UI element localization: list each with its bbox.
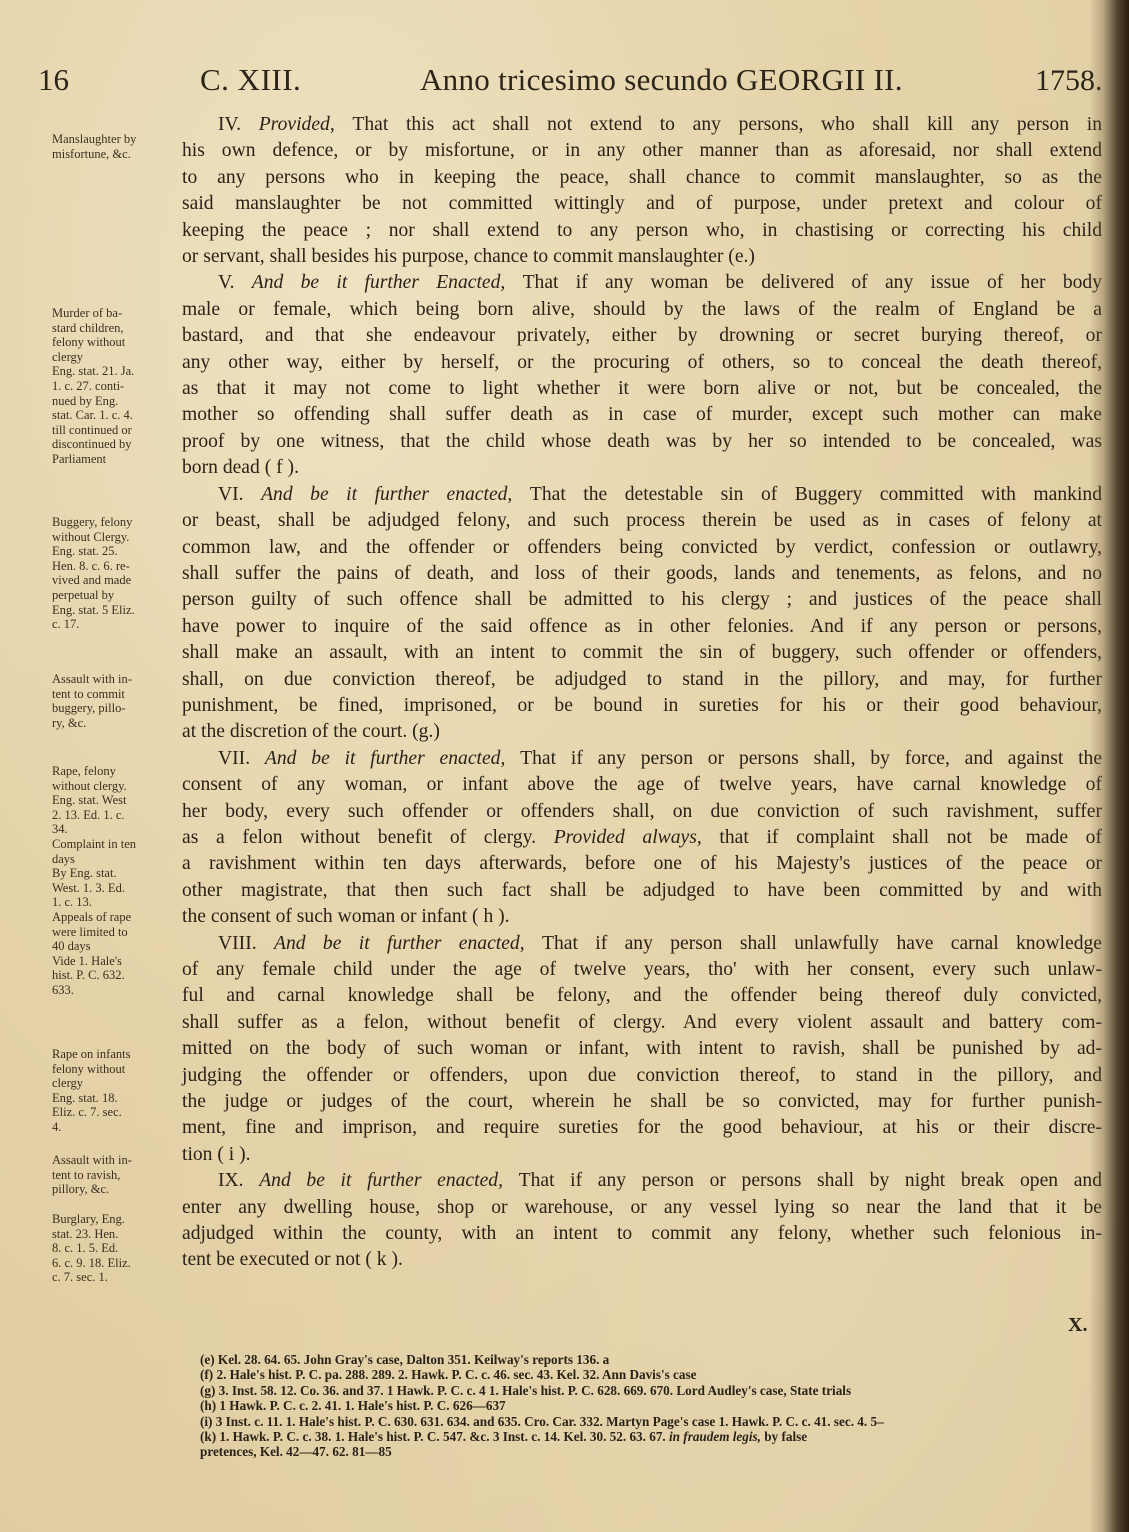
text-line: shall suffer the pains of death, and los… bbox=[182, 561, 1102, 587]
section-lead: Provided, bbox=[259, 114, 353, 135]
text-line: his own defence, or by misfortune, or in… bbox=[182, 138, 1102, 164]
margin-note-line: tent to ravish, bbox=[52, 1168, 174, 1183]
text-line: other magistrate, that then such fact sh… bbox=[182, 878, 1102, 904]
year-label: 1758. bbox=[1035, 64, 1103, 98]
section-lead: And be it further enacted, bbox=[259, 1170, 518, 1191]
margin-note-line: without clergy. bbox=[52, 779, 174, 794]
section-number: V. bbox=[218, 272, 252, 293]
text-line: as that it may not come to light whether… bbox=[182, 376, 1102, 402]
footnote: (g) 3. Inst. 58. 12. Co. 36. and 37. 1 H… bbox=[200, 1383, 1105, 1398]
margin-note-line: buggery, pillo- bbox=[52, 701, 174, 716]
section-number: VI. bbox=[218, 484, 261, 505]
text-line: ful and carnal knowledge shall be felony… bbox=[182, 983, 1102, 1009]
section-ix: IX. And be it further enacted, That if a… bbox=[182, 1168, 1102, 1274]
footnote: (f) 2. Hale's hist. P. C. pa. 288. 289. … bbox=[200, 1367, 1105, 1382]
text-line: her body, every such offender or offende… bbox=[182, 799, 1102, 825]
margin-note-line: 633. bbox=[52, 983, 174, 998]
section-lead: And be it further enacted, bbox=[265, 748, 520, 769]
text-line: shall suffer as a felon, without benefit… bbox=[182, 1010, 1102, 1036]
section-number: IV. bbox=[218, 114, 259, 135]
margin-note-line: By Eng. stat. bbox=[52, 866, 174, 881]
margin-note-line: West. 1. 3. Ed. bbox=[52, 881, 174, 896]
margin-note-line: perpetual by bbox=[52, 588, 174, 603]
margin-note-line: ry, &c. bbox=[52, 716, 174, 731]
margin-note-line: Eng. stat. 25. bbox=[52, 544, 174, 559]
margin-note-line: clergy bbox=[52, 1076, 174, 1091]
text-line: punishment, be fined, imprisoned, or be … bbox=[182, 693, 1102, 719]
footnote: (i) 3 Inst. c. 11. 1. Hale's hist. P. C.… bbox=[200, 1414, 1105, 1429]
text-line: to any persons who in keeping the peace,… bbox=[182, 165, 1102, 191]
footnote: (h) 1 Hawk. P. C. c. 2. 41. 1. Hale's hi… bbox=[200, 1398, 1105, 1413]
catchword: X. bbox=[1068, 1314, 1087, 1337]
text-line: ment, fine and imprison, and require sur… bbox=[182, 1115, 1102, 1141]
margin-note-line: Complaint in ten bbox=[52, 837, 174, 852]
text-line: common law, and the offender or offender… bbox=[182, 535, 1102, 561]
margin-note-assault-buggery: Assault with in-tent to commitbuggery, p… bbox=[52, 672, 174, 730]
margin-note-line: discontinued by bbox=[52, 437, 174, 452]
text-line: mitted on the body of such woman or infa… bbox=[182, 1036, 1102, 1062]
margin-note-line: stard children, bbox=[52, 321, 174, 336]
margin-note-line: Burglary, Eng. bbox=[52, 1212, 174, 1227]
margin-note-line: 4. bbox=[52, 1120, 174, 1135]
text-line: proof by one witness, that the child who… bbox=[182, 429, 1102, 455]
text-line: shall make an assault, with an intent to… bbox=[182, 640, 1102, 666]
section-lead: And be it further enacted, bbox=[261, 484, 530, 505]
margin-note-rape: Rape, felonywithout clergy.Eng. stat. We… bbox=[52, 764, 174, 998]
text-line: a ravishment within ten days afterwards,… bbox=[182, 851, 1102, 877]
margin-note-line: Appeals of rape bbox=[52, 910, 174, 925]
main-text-body: IV. Provided, That this act shall not ex… bbox=[182, 112, 1102, 1274]
footnotes: (e) Kel. 28. 64. 65. John Gray's case, D… bbox=[200, 1352, 1105, 1460]
text-line: consent of any woman, or infant above th… bbox=[182, 772, 1102, 798]
text-line: tion ( i ). bbox=[182, 1142, 1102, 1168]
footnote: (e) Kel. 28. 64. 65. John Gray's case, D… bbox=[200, 1352, 1105, 1367]
footnote: (k) 1. Hawk. P. C. c. 38. 1. Hale's hist… bbox=[200, 1429, 1105, 1444]
margin-note-line: Rape on infants bbox=[52, 1047, 174, 1062]
margin-note-line: 2. 13. Ed. 1. c. bbox=[52, 808, 174, 823]
section-number: VII. bbox=[218, 748, 265, 769]
margin-note-line: without Clergy. bbox=[52, 530, 174, 545]
text-line: the consent of such woman or infant ( h … bbox=[182, 904, 1102, 930]
text-line: or beast, shall be adjudged felony, and … bbox=[182, 508, 1102, 534]
text-line: bastard, and that she endeavour privatel… bbox=[182, 323, 1102, 349]
margin-note-line: Murder of ba- bbox=[52, 306, 174, 321]
section-vi: VI. And be it further enacted, That the … bbox=[182, 482, 1102, 746]
text-line: at the discretion of the court. (g.) bbox=[182, 719, 1102, 745]
margin-note-line: Parliament bbox=[52, 452, 174, 467]
margin-note-line: 1. c. 13. bbox=[52, 895, 174, 910]
text-line: person guilty of such offence shall be a… bbox=[182, 587, 1102, 613]
margin-note-line: Eng. stat. 21. Ja. bbox=[52, 364, 174, 379]
margin-note-line: 40 days bbox=[52, 939, 174, 954]
text-line: the judge or judges of the court, wherei… bbox=[182, 1089, 1102, 1115]
margin-note-line: days bbox=[52, 852, 174, 867]
margin-note-line: 34. bbox=[52, 822, 174, 837]
margin-note-line: felony without bbox=[52, 1062, 174, 1077]
margin-note-line: Rape, felony bbox=[52, 764, 174, 779]
margin-note-line: Hen. 8. c. 6. re- bbox=[52, 559, 174, 574]
margin-note-assault-ravish: Assault with in-tent to ravish,pillory, … bbox=[52, 1153, 174, 1197]
text-line: shall, on due conviction thereof, be adj… bbox=[182, 667, 1102, 693]
margin-note-line: hist. P. C. 632. bbox=[52, 968, 174, 983]
text-line: VI. And be it further enacted, That the … bbox=[182, 482, 1102, 508]
margin-note-line: vived and made bbox=[52, 573, 174, 588]
section-lead: And be it further enacted, bbox=[274, 933, 542, 954]
section-number: VIII. bbox=[218, 933, 274, 954]
margin-note-line: were limited to bbox=[52, 925, 174, 940]
text-line: mother so offending shall suffer death a… bbox=[182, 402, 1102, 428]
margin-note-line: Assault with in- bbox=[52, 672, 174, 687]
margin-note-rape-infants: Rape on infantsfelony withoutclergyEng. … bbox=[52, 1047, 174, 1135]
margin-note-line: stat. 23. Hen. bbox=[52, 1227, 174, 1242]
section-viii: VIII. And be it further enacted, That if… bbox=[182, 931, 1102, 1169]
text-line: keeping the peace ; nor shall extend to … bbox=[182, 218, 1102, 244]
margin-note-line: Vide 1. Hale's bbox=[52, 954, 174, 969]
text-line: any other way, either by herself, or the… bbox=[182, 350, 1102, 376]
margin-note-line: tent to commit bbox=[52, 687, 174, 702]
margin-note-line: 1. c. 27. conti- bbox=[52, 379, 174, 394]
text-line: as a felon without benefit of clergy. Pr… bbox=[182, 825, 1102, 851]
text-line: enter any dwelling house, shop or wareho… bbox=[182, 1195, 1102, 1221]
margin-note-line: felony without bbox=[52, 335, 174, 350]
book-page: 16 C. XIII. Anno tricesimo secundo GEORG… bbox=[0, 0, 1129, 1532]
text-line: of any female child under the age of twe… bbox=[182, 957, 1102, 983]
margin-note-line: Eliz. c. 7. sec. bbox=[52, 1105, 174, 1120]
margin-note-murder-bastard: Murder of ba-stard children,felony witho… bbox=[52, 306, 174, 467]
section-lead: And be it further Enacted, bbox=[252, 272, 523, 293]
margin-note-line: Manslaughter by bbox=[52, 132, 174, 147]
margin-note-line: nued by Eng. bbox=[52, 394, 174, 409]
text-line: V. And be it further Enacted, That if an… bbox=[182, 270, 1102, 296]
margin-note-line: till continued or bbox=[52, 423, 174, 438]
text-line: born dead ( f ). bbox=[182, 455, 1102, 481]
margin-note-line: Eng. stat. West bbox=[52, 793, 174, 808]
text-line: said manslaughter be not committed witti… bbox=[182, 191, 1102, 217]
margin-note-line: 6. c. 9. 18. Eliz. bbox=[52, 1256, 174, 1271]
margin-note-line: pillory, &c. bbox=[52, 1182, 174, 1197]
section-v: V. And be it further Enacted, That if an… bbox=[182, 270, 1102, 481]
margin-note-line: Buggery, felony bbox=[52, 515, 174, 530]
text-line: VIII. And be it further enacted, That if… bbox=[182, 931, 1102, 957]
margin-note-line: clergy bbox=[52, 350, 174, 365]
text-line: male or female, which being born alive, … bbox=[182, 297, 1102, 323]
margin-note-line: 8. c. 1. 5. Ed. bbox=[52, 1241, 174, 1256]
margin-note-burglary: Burglary, Eng.stat. 23. Hen.8. c. 1. 5. … bbox=[52, 1212, 174, 1285]
margin-note-manslaughter: Manslaughter bymisfortune, &c. bbox=[52, 132, 174, 161]
chapter-label: C. XIII. bbox=[200, 62, 301, 98]
margin-note-line: Eng. stat. 5 Eliz. bbox=[52, 603, 174, 618]
margin-note-line: stat. Car. 1. c. 4. bbox=[52, 408, 174, 423]
margin-note-buggery: Buggery, felonywithout Clergy.Eng. stat.… bbox=[52, 515, 174, 632]
running-title: Anno tricesimo secundo GEORGII II. bbox=[420, 62, 903, 98]
text-line: have power to inquire of the said offenc… bbox=[182, 614, 1102, 640]
text-line: judging the offender or offenders, upon … bbox=[182, 1063, 1102, 1089]
section-iv: IV. Provided, That this act shall not ex… bbox=[182, 112, 1102, 270]
text-line: or servant, shall besides his purpose, c… bbox=[182, 244, 1102, 270]
section-vii: VII. And be it further enacted, That if … bbox=[182, 746, 1102, 931]
text-line: VII. And be it further enacted, That if … bbox=[182, 746, 1102, 772]
footnote: pretences, Kel. 42—47. 62. 81—85 bbox=[200, 1444, 1105, 1459]
text-line: IV. Provided, That this act shall not ex… bbox=[182, 112, 1102, 138]
running-head: 16 C. XIII. Anno tricesimo secundo GEORG… bbox=[0, 62, 1129, 106]
text-line: tent be executed or not ( k ). bbox=[182, 1247, 1102, 1273]
margin-note-line: Assault with in- bbox=[52, 1153, 174, 1168]
margin-note-line: c. 17. bbox=[52, 617, 174, 632]
margin-note-line: Eng. stat. 18. bbox=[52, 1091, 174, 1106]
margin-note-line: misfortune, &c. bbox=[52, 147, 174, 162]
text-line: IX. And be it further enacted, That if a… bbox=[182, 1168, 1102, 1194]
section-number: IX. bbox=[218, 1170, 259, 1191]
margin-note-line: c. 7. sec. 1. bbox=[52, 1270, 174, 1285]
page-number: 16 bbox=[38, 62, 69, 98]
text-line: adjudged within the county, with an inte… bbox=[182, 1221, 1102, 1247]
